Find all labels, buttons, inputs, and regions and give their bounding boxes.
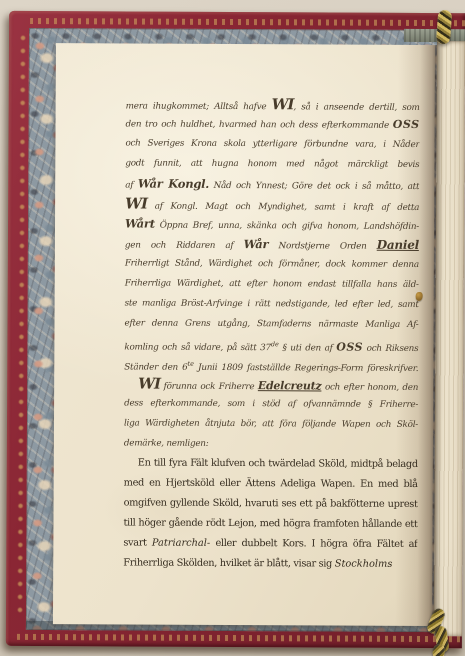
manuscript-line: WI af Kongl. Magt och Myndighet, samt i … bbox=[125, 193, 419, 215]
text-segment: godt funnit, att hugna honom med något m… bbox=[125, 158, 419, 170]
text-segment: gen och Riddaren af bbox=[125, 240, 244, 251]
manuscript-line: komling och så vidare, på sätt 37de § ut… bbox=[124, 333, 418, 355]
text-segment: Wår bbox=[244, 237, 269, 251]
manuscript-line: Ständer den 6te Junii 1809 fastställde R… bbox=[124, 353, 418, 375]
open-book: mera ihugkommet; Alltså hafve WI, så i a… bbox=[0, 0, 465, 656]
text-segment: den tro och huldhet, hvarmed han och des… bbox=[126, 119, 393, 130]
text-segment: Friherrligt Stånd, Wärdighet och förmåne… bbox=[125, 258, 419, 270]
manuscript-line: af Wår Kongl. Nåd och Ynnest; Göre det o… bbox=[125, 173, 419, 195]
text-segment: liga Wärdigheten åtnjuta bör, att föra f… bbox=[124, 418, 418, 430]
text-segment: omgifven gyllende Sköld, hvaruti ses ett… bbox=[124, 497, 418, 510]
manuscript-line: Friherrliga Wärdighet, att efter honom e… bbox=[125, 273, 419, 295]
text-segment: Nåd och Ynnest; Göre det ock i så måtto,… bbox=[209, 181, 419, 192]
manuscript-line: efter denna Grens utgång, Stamfaderns nä… bbox=[124, 313, 418, 335]
text-segment: komling och så vidare, på sätt 37 bbox=[124, 342, 271, 353]
manuscript-line: svart Patriarchal- eller dubbelt Kors. I… bbox=[123, 533, 417, 555]
text-segment: ste manliga Bröst-Arfvinge i rätt nedsti… bbox=[125, 298, 419, 310]
text-segment: En till fyra Fält klufven och twärdelad … bbox=[138, 458, 418, 470]
text-segment: § uti den af bbox=[279, 343, 336, 353]
text-segment: af Kongl. Magt och Myndighet, samt i kra… bbox=[147, 202, 419, 213]
manuscript-line: omgifven gyllende Sköld, hvaruti ses ett… bbox=[124, 493, 418, 515]
manuscript-line: den tro och huldhet, hvarmed han och des… bbox=[126, 113, 420, 135]
text-segment: Öppna Bref, unna, skänka och gifva honom… bbox=[155, 221, 419, 232]
text-segment: och Riksens bbox=[363, 344, 418, 354]
text-segment: Stockholms bbox=[335, 559, 393, 570]
text-segment: efter denna Grens utgång, Stamfaderns nä… bbox=[124, 318, 418, 330]
manuscript-line: En till fyra Fält klufven och twärdelad … bbox=[124, 453, 418, 475]
text-segment: af bbox=[125, 180, 138, 190]
text-segment: dess efterkommande, som i stöd af ofvann… bbox=[124, 398, 418, 410]
manuscript-line: liga Wärdigheten åtnjuta bör, att föra f… bbox=[124, 413, 418, 435]
text-segment: svart bbox=[123, 537, 152, 548]
text-segment: till höger gående rödt Lejon, med högra … bbox=[123, 517, 417, 530]
text-segment: Wår Kongl. bbox=[138, 177, 209, 191]
text-segment: eller dubbelt Kors. I högra öfra Fältet … bbox=[210, 538, 417, 550]
manuscript-text: mera ihugkommet; Alltså hafve WI, så i a… bbox=[123, 93, 420, 575]
manuscript-line: Friherrligt Stånd, Wärdighet och förmåne… bbox=[125, 253, 419, 275]
text-segment: mera ihugkommet; Alltså hafve bbox=[126, 101, 272, 112]
text-segment: Patriarchal- bbox=[152, 538, 210, 549]
text-segment: OSS bbox=[336, 341, 363, 354]
manuscript-photo: mera ihugkommet; Alltså hafve WI, så i a… bbox=[0, 0, 465, 656]
text-segment: förunna ock Friherre bbox=[160, 382, 258, 393]
text-segment: och Sveriges Krona skola ytterligare för… bbox=[125, 138, 419, 150]
text-segment: Friherrliga Wärdighet, att efter honom e… bbox=[125, 278, 419, 290]
text-segment: med en Hjertsköld eller Ättens Adeliga W… bbox=[124, 477, 418, 495]
manuscript-line: Wårt Öppna Bref, unna, skänka och gifva … bbox=[125, 213, 419, 235]
page-block-edge bbox=[434, 41, 465, 636]
manuscript-line: dess efterkommande, som i stöd af ofvann… bbox=[124, 393, 418, 415]
text-segment: WI bbox=[272, 95, 294, 113]
manuscript-line: mera ihugkommet; Alltså hafve WI, så i a… bbox=[126, 93, 420, 115]
text-segment: , så i anseende dertill, som bbox=[293, 102, 419, 113]
text-segment: WI bbox=[138, 375, 160, 393]
text-segment: OSS bbox=[393, 118, 420, 131]
text-segment: Friherrliga Skölden, hvilket är blått, v… bbox=[123, 557, 335, 569]
manuscript-line: Friherrliga Skölden, hvilket är blått, v… bbox=[123, 553, 417, 575]
text-segment: Wårt bbox=[125, 216, 155, 230]
manuscript-line: med en Hjertsköld eller Ättens Adeliga W… bbox=[124, 473, 418, 495]
text-segment: Nordstjerne Orden bbox=[268, 241, 376, 252]
text-segment: Junii 1809 fastställde Regerings-Form fö… bbox=[194, 363, 418, 374]
manuscript-line: WI förunna ock Friherre Edelcreutz och e… bbox=[124, 373, 418, 395]
manuscript-line: till höger gående rödt Lejon, med högra … bbox=[123, 513, 417, 535]
manuscript-line: ste manliga Bröst-Arfvinge i rätt nedsti… bbox=[125, 293, 419, 315]
text-segment: Ständer den 6 bbox=[124, 362, 187, 372]
manuscript-line: och Sveriges Krona skola ytterligare för… bbox=[125, 133, 419, 155]
text-segment: Edelcreutz bbox=[258, 379, 322, 392]
text-segment: WI bbox=[125, 194, 147, 212]
top-endband bbox=[436, 10, 453, 45]
manuscript-line: demärke, nemligen: bbox=[124, 433, 418, 455]
manuscript-line: godt funnit, att hugna honom med något m… bbox=[125, 153, 419, 175]
manuscript-line: gen och Riddaren af Wår Nordstjerne Orde… bbox=[125, 233, 419, 255]
text-segment: demärke, nemligen: bbox=[124, 438, 209, 448]
